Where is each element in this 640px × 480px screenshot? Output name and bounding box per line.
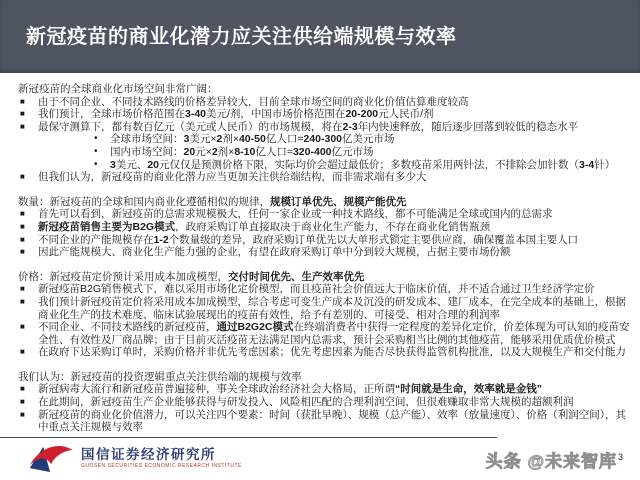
bullet-square-marker: ■ [20, 321, 25, 334]
watermark-text: 头条 @未来智库 [486, 452, 617, 471]
bullet-item: ■在此期间，新冠疫苗生产企业能够获得与研发投入、风险相匹配的合理利润空间，但很难… [18, 396, 630, 409]
institute-name-cn: 国信证券经济研究所 [81, 447, 242, 462]
text-segment: 剂× [222, 133, 239, 145]
text-segment: 最保守测算下，都有数百亿元（美元或人民币）的市场规模，将在 [38, 121, 343, 133]
text-segment: 由于不同企业、不同技术路线的价格差异较大，目前全球市场空间的商业化价值估算难度较… [38, 96, 469, 108]
watermark: 头条 @未来智库3 [486, 447, 624, 472]
text-segment: 但我们认为，新冠疫苗的商业化潜力应当更加关注供给端结构，而非需求端有多少大 [38, 171, 427, 183]
bullet-square-marker: ■ [20, 396, 25, 409]
text-segment: 亿人口= [255, 146, 293, 158]
bullet-item: •国内市场空间：20元×2剂×8-10亿人口=320-400亿元市场 [18, 146, 630, 159]
bullet-item: ■我们预计，全球市场价格范围在3-40美元/剂，中国市场价格范围在20-200元… [18, 108, 630, 121]
text-segment: 规模订单优先、规模产能优先 [270, 196, 407, 208]
bullet-item: ■新冠疫苗B2G销售模式下，难以采用市场化定价模型，而且疫苗社会价值远大于临床价… [18, 283, 630, 296]
body-block: 我们认为：新冠疫苗的投资逻辑重点关注供给端的规模与效率■新冠病毒大流行和新冠疫苗… [18, 371, 630, 434]
text-segment: 交付时间优先、生产效率优先 [228, 271, 365, 283]
text-segment: “时间就是生命，效率就是金钱” [395, 383, 542, 395]
bullet-item: ■最保守测算下，都有数百亿元（美元或人民币）的市场规模，将在2-3年内快速释放，… [18, 121, 630, 134]
text-segment: 全球市场空间： [110, 133, 184, 145]
institute-name-en: GUOSEN SECURITIES ECONOMIC RESEARCH INST… [81, 463, 242, 469]
bullet-item: ■由于不同企业、不同技术路线的价格差异较大，目前全球市场空间的商业化价值估算难度… [18, 96, 630, 109]
text-segment: 新冠疫苗的全球商业化市场空间非常广阔： [18, 83, 218, 95]
text-segment: 40-50 [239, 133, 266, 145]
bullet-item: ■但我们认为，新冠疫苗的商业化潜力应当更加关注供给端结构，而非需求端有多少大 [18, 171, 630, 184]
bullet-item: ■不同企业、不同技术路线的新冠疫苗，通过B2G2C模式在终端消费者中获得一定程度… [18, 321, 630, 346]
title-banner: 新冠疫苗的商业化潜力应关注供给端规模与效率 [0, 0, 640, 73]
text-segment: 在政府下达采购订单时，采购价格并非优先考虑因素；优先考虑因素为能否尽快获得监管机… [38, 346, 626, 358]
bullet-item: •3美元、20元仅仅是预测价格下限，实际均价会超过最低价；多数疫苗采用两针法，不… [18, 159, 630, 172]
bullet-square-marker: ■ [20, 246, 25, 259]
bullet-square-marker: ■ [20, 346, 25, 359]
bullet-square-marker: ■ [20, 234, 25, 247]
text-segment: 美元× [189, 133, 216, 145]
bullet-item: ■不同企业的产能规模存在1-2个数量级的差异，政府采购订单优先以大单形式锁定主要… [18, 234, 630, 247]
text-segment: 元仅仅是预测价格下限，实际均价会超过最低价；多数疫苗采用两针法，不排除会加针数（ [159, 159, 579, 171]
page-number: 3 [618, 452, 624, 462]
bullet-dot-marker: • [94, 146, 98, 159]
footer: 国信证券经济研究所 GUOSEN SECURITIES ECONOMIC RES… [0, 438, 640, 480]
bullet-square-marker: ■ [20, 221, 25, 234]
bullet-item: •全球市场空间：3美元×2剂×40-50亿人口=240-300亿美元市场 [18, 133, 630, 146]
text-segment: ，政府采购订单直接取决于商业化生产能力，不存在商业化销售瓶颈 [175, 221, 490, 233]
bullet-square-marker: ■ [20, 409, 25, 422]
text-segment: 不同企业的产能规模存在 [38, 234, 154, 246]
text-segment: 针） [594, 159, 615, 171]
text-segment: 240-300 [303, 133, 342, 145]
bullet-item: ■新冠病毒大流行和新冠疫苗普遍接种，事关全球政治经济社会大格局，正所谓“时间就是… [18, 383, 630, 396]
text-segment: 剂× [218, 146, 235, 158]
text-segment: 20-200 [345, 108, 378, 120]
bullet-item: ■新冠疫苗销售主要为B2G模式，政府采购订单直接取决于商业化生产能力，不存在商业… [18, 221, 630, 234]
text-segment: 我们预计新冠疫苗定价将采用成本加成模型，综合考虑可变生产成本及沉没的研发成本、建… [38, 296, 626, 321]
text-segment: 美元/剂，中国市场价格范围在 [206, 108, 345, 120]
text-segment: 美元、 [116, 159, 148, 171]
text-segment: 2-3 [343, 121, 358, 133]
bullet-square-marker: ■ [20, 283, 25, 296]
text-segment: 新冠疫苗销售主要为B2G模式 [38, 221, 175, 233]
text-segment: 个数量级的差异，政府采购订单优先以大单形式锁定主要供应商，确保覆盖本国主要人口 [169, 234, 579, 246]
bullet-item: ■我们预计新冠疫苗定价将采用成本加成模型，综合考虑可变生产成本及沉没的研发成本、… [18, 296, 630, 321]
bullet-dot-marker: • [94, 133, 98, 146]
text-segment: 因此产能规模大、商业化生产能力强的企业，有望在政府采购订单中分到较大规模，占据主… [38, 246, 511, 258]
bullet-item: ■因此产能规模大、商业化生产能力强的企业，有望在政府采购订单中分到较大规模，占据… [18, 246, 630, 259]
text-segment: 亿元市场 [332, 146, 374, 158]
text-segment: 新冠病毒大流行和新冠疫苗普遍接种，事关全球政治经济社会大格局，正所谓 [38, 383, 395, 395]
text-segment: 我们预计，全球市场价格范围在 [38, 108, 185, 120]
text-segment: 1-2 [154, 234, 169, 246]
text-segment: 通过B2G2C模式 [217, 321, 294, 333]
text-segment: 3-40 [185, 108, 206, 120]
brand: 国信证券经济研究所 GUOSEN SECURITIES ECONOMIC RES… [28, 442, 242, 473]
bullet-square-marker: ■ [20, 108, 25, 121]
bullet-item: ■在政府下达采购订单时，采购价格并非优先考虑因素；优先考虑因素为能否尽快获得监管… [18, 346, 630, 359]
slide-title: 新冠疫苗的商业化潜力应关注供给端规模与效率 [0, 25, 467, 49]
text-segment: 20 [147, 159, 159, 171]
slide-body: 新冠疫苗的全球商业化市场空间非常广阔：■由于不同企业、不同技术路线的价格差异较大… [18, 83, 630, 446]
brand-text: 国信证券经济研究所 GUOSEN SECURITIES ECONOMIC RES… [81, 447, 242, 469]
text-segment: 8-10 [234, 146, 255, 158]
block-heading: 数量：新冠疫苗的全球和国内商业化遵循相似的规律，规模订单优先、规模产能优先 [18, 196, 630, 209]
text-segment: 亿美元市场 [342, 133, 395, 145]
body-block: 价格：新冠疫苗定价预计采用成本加成模型，交付时间优先、生产效率优先■新冠疫苗B2… [18, 271, 630, 359]
text-segment: 首先可以看到，新冠疫苗的总需求规模极大，任何一家企业或一种技术路线，都不可能满足… [38, 208, 553, 220]
bullet-square-marker: ■ [20, 383, 25, 396]
text-segment: 我们认为：新冠疫苗的投资逻辑重点关注供给端的规模与效率 [18, 371, 302, 383]
bullet-square-marker: ■ [20, 208, 25, 221]
text-segment: 20 [184, 146, 196, 158]
block-heading: 新冠疫苗的全球商业化市场空间非常广阔： [18, 83, 630, 96]
text-segment: 年内快速释放，随后逐步回落到较低的稳态水平 [358, 121, 579, 133]
text-segment: 3-4 [579, 159, 594, 171]
text-segment: 元人民币/剂 [378, 108, 433, 120]
text-segment: 不同企业、不同技术路线的新冠疫苗， [38, 321, 217, 333]
text-segment: 价格：新冠疫苗定价预计采用成本加成模型， [18, 271, 228, 283]
bullet-square-marker: ■ [20, 296, 25, 309]
bullet-dot-marker: • [94, 159, 98, 172]
slide: 新冠疫苗的商业化潜力应关注供给端规模与效率 新冠疫苗的全球商业化市场空间非常广阔… [0, 0, 640, 480]
guosen-logo-icon [28, 442, 74, 473]
text-segment: 国内市场空间： [110, 146, 184, 158]
text-segment: 亿人口= [266, 133, 304, 145]
block-heading: 价格：新冠疫苗定价预计采用成本加成模型，交付时间优先、生产效率优先 [18, 271, 630, 284]
bullet-item: ■新冠疫苗的商业化价值潜力，可以关注四个要素：时间（获批早晚）、规模（总产能）、… [18, 409, 630, 434]
bullet-square-marker: ■ [20, 121, 25, 134]
body-block: 新冠疫苗的全球商业化市场空间非常广阔：■由于不同企业、不同技术路线的价格差异较大… [18, 83, 630, 184]
text-segment: 320-400 [293, 146, 332, 158]
bullet-square-marker: ■ [20, 96, 25, 109]
bullet-item: ■首先可以看到，新冠疫苗的总需求规模极大，任何一家企业或一种技术路线，都不可能满… [18, 208, 630, 221]
text-segment: 数量：新冠疫苗的全球和国内商业化遵循相似的规律， [18, 196, 270, 208]
text-segment: 新冠疫苗B2G销售模式下，难以采用市场化定价模型，而且疫苗社会价值远大于临床价值… [38, 283, 595, 295]
text-segment: 元× [195, 146, 212, 158]
block-heading: 我们认为：新冠疫苗的投资逻辑重点关注供给端的规模与效率 [18, 371, 630, 384]
text-segment: 新冠疫苗的商业化价值潜力，可以关注四个要素：时间（获批早晚）、规模（总产能）、效… [38, 409, 626, 434]
text-segment: 在此期间，新冠疫苗生产企业能够获得与研发投入、风险相匹配的合理利润空间，但很难赚… [38, 396, 574, 408]
body-block: 数量：新冠疫苗的全球和国内商业化遵循相似的规律，规模订单优先、规模产能优先■首先… [18, 196, 630, 259]
bullet-square-marker: ■ [20, 171, 25, 184]
